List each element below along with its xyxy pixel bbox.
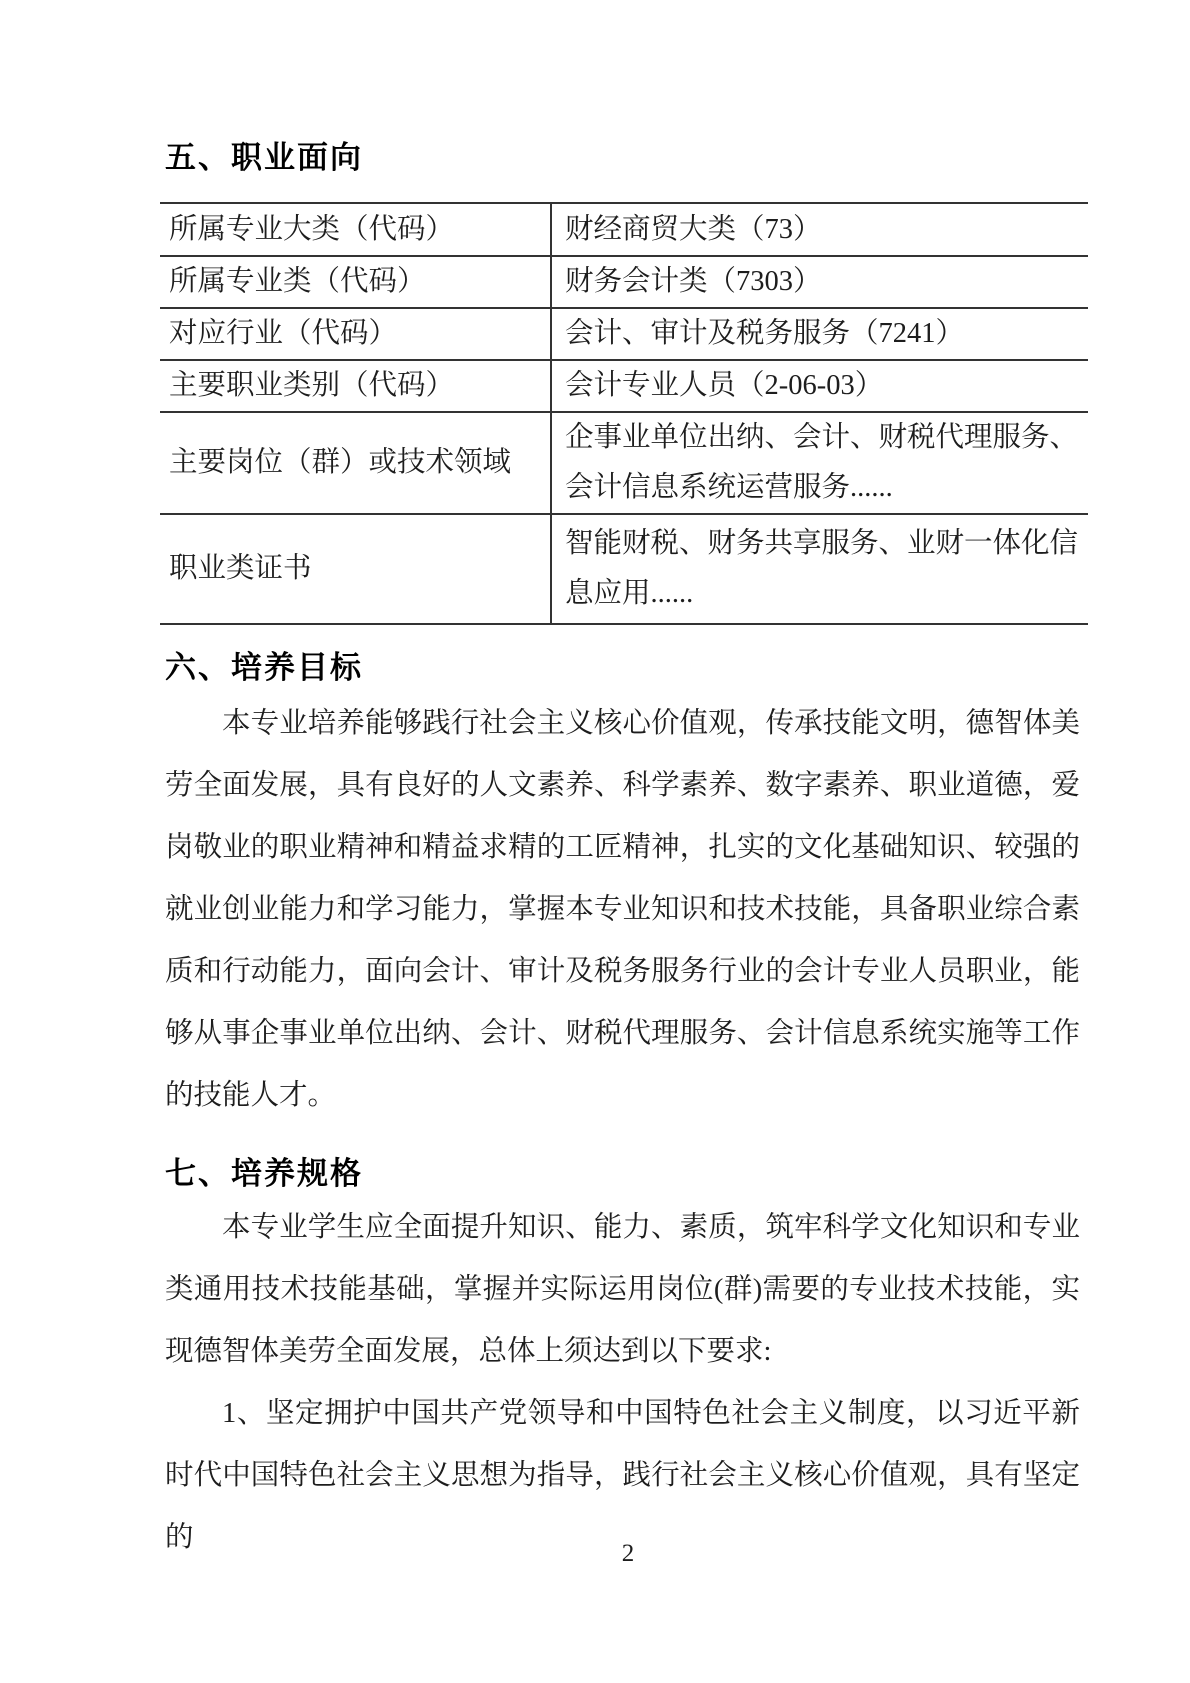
section-heading-specs: 七、培养规格 xyxy=(165,1155,1088,1193)
section-heading-objectives: 六、培养目标 xyxy=(165,649,1088,687)
table-row: 主要职业类别（代码） 会计专业人员（2-06-03） xyxy=(160,360,1088,412)
table-row: 所属专业类（代码） 财务会计类（7303） xyxy=(160,256,1088,308)
page-content: 五、职业面向 所属专业大类（代码） 财经商贸大类（73） 所属专业类（代码） 财… xyxy=(160,139,1088,1569)
section-heading-career: 五、职业面向 xyxy=(165,139,1088,177)
row-label: 职业类证书 xyxy=(160,514,551,624)
table-row: 所属专业大类（代码） 财经商贸大类（73） xyxy=(160,203,1088,256)
table-row: 主要岗位（群）或技术领域 企事业单位出纳、会计、财税代理服务、 会计信息系统运营… xyxy=(160,412,1088,514)
row-label: 主要岗位（群）或技术领域 xyxy=(160,412,551,514)
row-value: 会计专业人员（2-06-03） xyxy=(551,360,1088,412)
row-label: 所属专业类（代码） xyxy=(160,256,551,308)
career-orientation-table: 所属专业大类（代码） 财经商贸大类（73） 所属专业类（代码） 财务会计类（73… xyxy=(160,202,1088,625)
row-value: 会计、审计及税务服务（7241） xyxy=(551,308,1088,360)
table-row: 对应行业（代码） 会计、审计及税务服务（7241） xyxy=(160,308,1088,360)
row-label: 对应行业（代码） xyxy=(160,308,551,360)
row-label: 主要职业类别（代码） xyxy=(160,360,551,412)
row-value: 财务会计类（7303） xyxy=(551,256,1088,308)
row-value: 智能财税、财务共享服务、业财一体化信 息应用...... xyxy=(551,514,1088,624)
row-value: 企事业单位出纳、会计、财税代理服务、 会计信息系统运营服务...... xyxy=(551,412,1088,514)
row-value: 财经商贸大类（73） xyxy=(551,203,1088,256)
table-row: 职业类证书 智能财税、财务共享服务、业财一体化信 息应用...... xyxy=(160,514,1088,624)
row-label: 所属专业大类（代码） xyxy=(160,203,551,256)
objectives-paragraph: 本专业培养能够践行社会主义核心价值观，传承技能文明，德智体美劳全面发展，具有良好… xyxy=(165,693,1080,1127)
page-number: 2 xyxy=(600,1540,656,1568)
document-page: 五、职业面向 所属专业大类（代码） 财经商贸大类（73） 所属专业类（代码） 财… xyxy=(0,0,1190,1683)
specs-paragraph-1: 本专业学生应全面提升知识、能力、素质，筑牢科学文化知识和专业类通用技术技能基础，… xyxy=(165,1197,1080,1383)
